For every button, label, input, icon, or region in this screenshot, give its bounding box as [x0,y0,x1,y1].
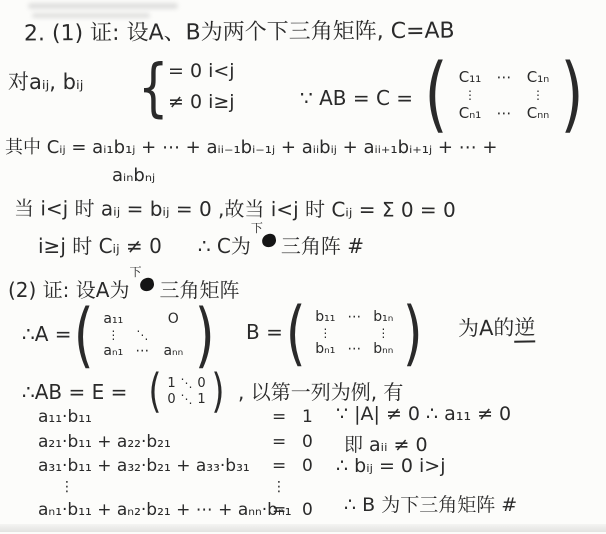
identity-tail: , 以第一列为例, 有 [238,380,403,404]
matrix-cell: b₁ₙ [367,309,399,325]
vertical-dots: ⋮ [272,479,286,495]
argument-line-1: 当 i<j 时 aᵢⱼ = bᵢⱼ = 0 ,故当 i<j 时 Cᵢⱼ = Σ … [14,196,456,222]
equation-row: a₃₁·b₁₁ + a₃₂·b₂₁ + a₃₃·b₃₁ = 0 [0,456,345,478]
matrix-cell: 0 [194,376,209,391]
proof1-heading: 2. (1) 证: 设A、B为两个下三角矩阵, C=AB [24,18,455,47]
matrix-cell: ⋱ [179,393,194,405]
case-row-1: = 0 i<j [168,60,235,83]
matrix-cell: aₙₙ [155,343,191,359]
equation-lhs: a₂₁·b₁₁ + a₂₂·b₂₁ [38,432,171,452]
matrix-cell: 1 [164,376,179,391]
matrix-a-lead: ∴A = [22,322,72,346]
matrix-cell: ⋯ [341,309,367,325]
matrix-b: ( b₁₁ ⋯ b₁ₙ ⋮ ⋮ bₙ₁ ⋯ bₙₙ ) [282,298,427,368]
matrix-e-grid: 1 ⋱ 0 0 ⋱ 1 [164,376,209,407]
matrix-c-grid: C₁₁ ⋯ C₁ₙ ⋮ ⋮ Cₙ₁ ⋯ Cₙₙ [452,68,556,122]
equation-rhs: 0 [302,500,313,520]
matrix-cell: Cₙₙ [520,104,556,122]
equals-sign: = [272,407,286,427]
equation-rhs: 0 [302,456,313,476]
deduction-line: ∴ bᵢⱼ = 0 i>j [336,455,446,477]
proof2-heading-pre: (2) 证: 设A为 [8,278,129,302]
matrix-cell: ⋱ [129,329,155,341]
right-paren: ) [403,298,423,368]
argument-line-2: i≥j 时 Cᵢⱼ ≠ 0∴ C为下三角阵 # [38,233,364,258]
equation-rhs: 1 [302,407,313,427]
expansion-line-2: aᵢₙbₙⱼ [112,165,155,187]
matrix-cell: ⋯ [341,341,367,357]
inverse-note-underlined: 逆 [514,315,535,342]
matrix-cell: bₙₙ [367,341,399,357]
ink-blot [139,277,155,293]
identity-lead: ∴AB = E = [22,380,127,404]
right-paren: ) [195,300,215,370]
matrix-cell: 0 [164,392,179,407]
case-brace: { [138,50,169,126]
smudge-bar [28,3,178,9]
matrix-cell: ⋮ [97,329,129,341]
expansion-line-1: 其中 Cᵢⱼ = aᵢ₁b₁ⱼ + ⋯ + aᵢᵢ₋₁bᵢ₋₁ⱼ + aᵢᵢbᵢ… [5,137,498,159]
matrix-cell: ⋮ [309,327,341,339]
ink-blot [261,233,277,249]
equation-row: a₂₁·b₁₁ + a₂₂·b₂₁ = 0 [0,432,345,454]
correction: 下 [129,277,159,297]
handwritten-proof-page: 2. (1) 证: 设A、B为两个下三角矩阵, C=AB 对aᵢⱼ, bᵢⱼ {… [0,0,606,534]
matrix-cell: ⋮ [452,89,488,101]
correction-character: 下 [129,265,141,279]
equation-lhs: aₙ₁·b₁₁ + aₙ₂·b₂₁ + ⋯ + aₙₙ·bₙ₁ [38,500,292,520]
equation-ellipsis-row: ⋮ ⋮ [0,479,345,501]
right-paren: ) [560,54,583,136]
equation-rhs: 0 [302,432,313,452]
argument2-text: i≥j 时 Cᵢⱼ ≠ 0 [38,234,162,258]
matrix-cell: C₁₁ [452,68,488,86]
matrix-b-grid: b₁₁ ⋯ b₁ₙ ⋮ ⋮ bₙ₁ ⋯ bₙₙ [309,309,399,357]
case-row-2: ≠ 0 i≥j [168,91,235,114]
left-paren: ( [424,54,447,136]
matrix-a: ( a₁₁ O ⋮ ⋱ aₙ₁ ⋯ aₙₙ ) [70,300,219,370]
product-lead: ∵ AB = C = [300,86,413,110]
equation-lhs: a₁₁·b₁₁ [38,407,92,427]
left-paren: ( [74,300,94,370]
inverse-note: 为A的逆 [458,315,536,342]
matrix-cell: ⋯ [488,104,520,122]
correction: 下 [251,233,281,253]
equals-sign: = [272,500,286,520]
equation-row: aₙ₁·b₁₁ + aₙ₂·b₂₁ + ⋯ + aₙₙ·bₙ₁ = 0 [0,500,345,522]
matrix-cell: C₁ₙ [520,68,556,86]
faint-ink-smudge [28,3,208,21]
equation-lhs: a₃₁·b₁₁ + a₃₂·b₂₁ + a₃₃·b₃₁ [38,456,250,476]
correction-character: 下 [251,221,263,235]
matrix-cell: aₙ₁ [97,343,129,359]
matrix-cell: 1 [194,392,209,407]
equals-sign: = [272,432,286,452]
smudge-bar [32,13,150,18]
equals-sign: = [272,456,286,476]
vertical-dots: ⋮ [60,479,74,495]
matrix-cell: b₁₁ [309,309,341,325]
matrix-cell: Cₙ₁ [452,104,488,122]
left-paren: ( [286,298,306,368]
matrix-c: ( C₁₁ ⋯ C₁ₙ ⋮ ⋮ Cₙ₁ ⋯ Cₙₙ ) [420,54,588,136]
matrix-cell: ⋮ [520,89,556,101]
paper-edge-shadow [0,524,606,532]
deduction-line: ∴ B 为下三角矩阵 # [344,490,517,517]
equation-row: a₁₁·b₁₁ = 1 [0,407,345,429]
matrix-cell: bₙ₁ [309,341,341,357]
matrix-b-lead: B = [246,320,283,344]
deduction-line: ∵ |A| ≠ 0 ∴ a₁₁ ≠ 0 [336,403,511,425]
conclusion-pre: ∴ C为 [198,234,251,258]
matrix-cell: ⋱ [179,377,194,389]
matrix-cell: ⋯ [129,343,155,359]
matrix-a-grid: a₁₁ O ⋮ ⋱ aₙ₁ ⋯ aₙₙ [97,311,191,359]
proof1-cases-lead: 对aᵢⱼ, bᵢⱼ [8,70,83,95]
deduction-line: 即 aᵢᵢ ≠ 0 [344,430,428,457]
matrix-cell: O [155,311,191,327]
conclusion-post: 三角阵 # [281,234,364,258]
matrix-cell: ⋮ [367,327,399,339]
inverse-note-pre: 为A的 [458,316,515,341]
matrix-cell: a₁₁ [97,311,129,327]
matrix-cell: ⋯ [488,68,520,86]
